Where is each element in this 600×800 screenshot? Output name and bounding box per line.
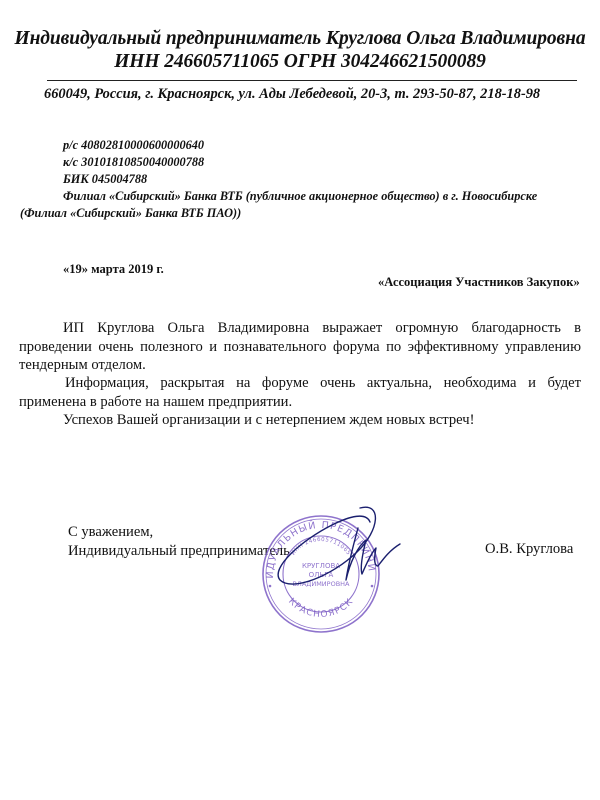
letter-date: «19» марта 2019 г. — [63, 262, 164, 277]
settlement-account: р/с 40802810000600000640 — [63, 137, 204, 154]
letterhead-title: Индивидуальный предприниматель Круглова … — [0, 28, 600, 50]
signer-position: Индивидуальный предприниматель — [68, 543, 290, 560]
stamp-city-text: КРАСНОЯРСК — [286, 597, 356, 620]
handwritten-signature-icon — [262, 500, 412, 600]
bank-name-line1: Филиал «Сибирский» Банка ВТБ (публичное … — [63, 188, 537, 205]
body-paragraph-1: ИП Круглова Ольга Владимировна выражает … — [19, 319, 581, 375]
bik: БИК 045004788 — [63, 171, 147, 188]
regards-text: С уважением, — [68, 524, 153, 541]
letterhead-address: 660049, Россия, г. Красноярск, ул. Ады Л… — [44, 86, 540, 103]
body-paragraph-2: Информация, раскрытая на форуме очень ак… — [19, 374, 581, 411]
letterhead-ids: ИНН 246605711065 ОГРН 304246621500089 — [0, 51, 600, 73]
signer-name: О.В. Круглова — [485, 541, 573, 558]
addressee: «Ассоциация Участников Закупок» — [378, 275, 580, 290]
bank-name-line2: (Филиал «Сибирский» Банка ВТБ ПАО)) — [20, 205, 241, 222]
body-paragraph-3: Успехов Вашей организации и с нетерпение… — [19, 411, 581, 430]
letterhead-divider — [47, 80, 577, 81]
svg-text:КРАСНОЯРСК: КРАСНОЯРСК — [286, 597, 356, 620]
correspondent-account: к/с 30101810850040000788 — [63, 154, 204, 171]
